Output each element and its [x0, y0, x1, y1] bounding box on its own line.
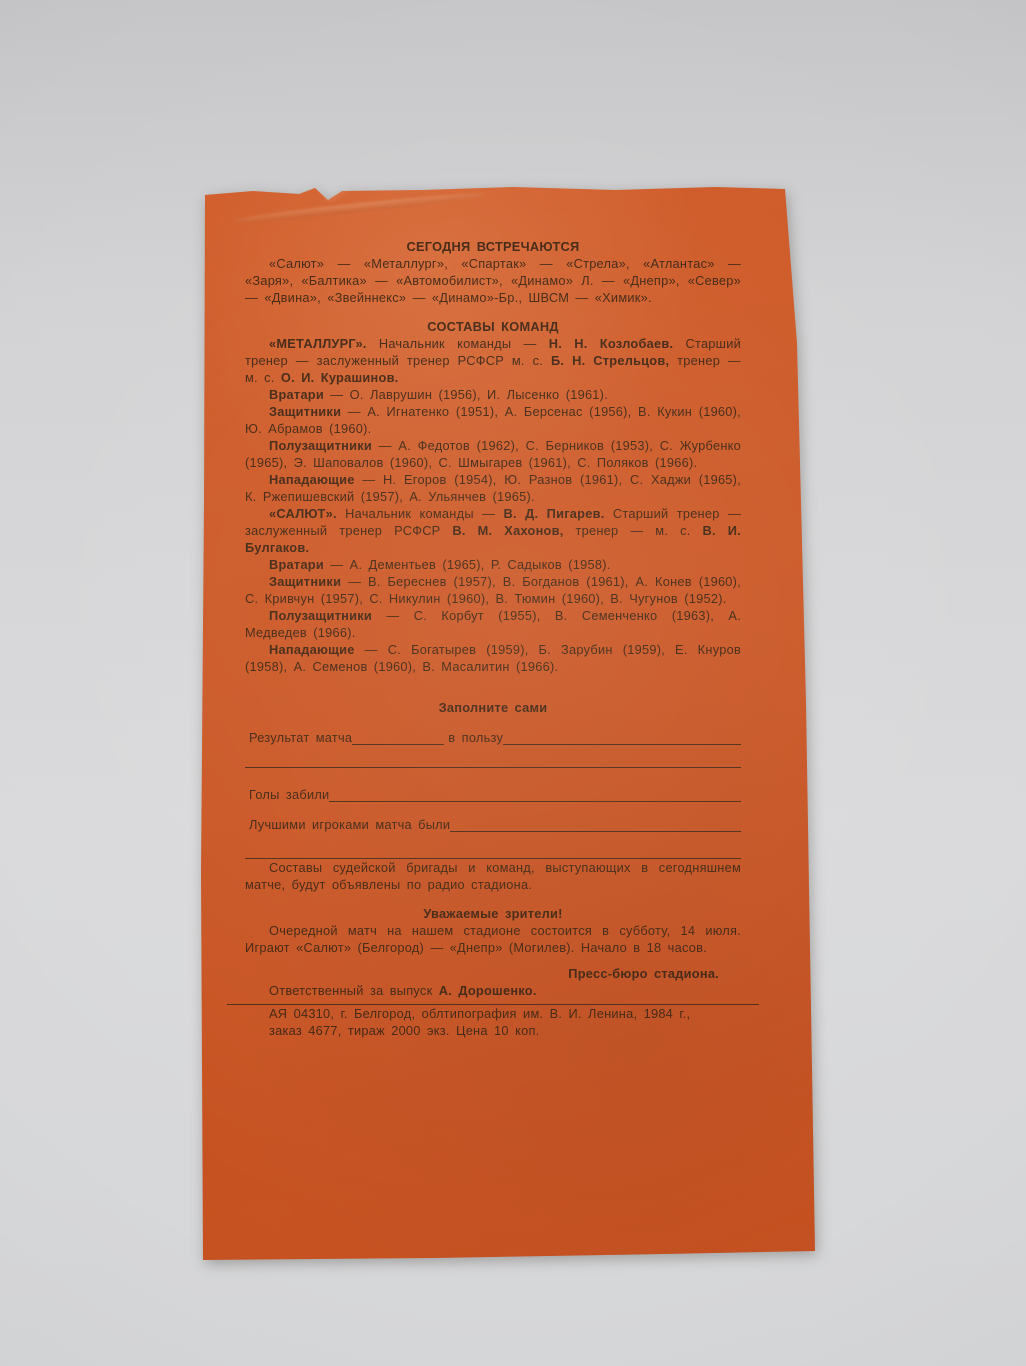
- metallurg-forwards-line: Нападающие — Н. Егоров (1954), Ю. Разнов…: [245, 471, 741, 505]
- press-bureau-signature: Пресс-бюро стадиона.: [245, 965, 741, 982]
- bold-text-segment: О. И. Курашинов.: [281, 370, 399, 385]
- imprint-line-2: заказ 4677, тираж 2000 экз. Цена 10 коп.: [245, 1022, 741, 1039]
- in-favor-label: в пользу: [444, 729, 503, 746]
- text-segment: Ответственный за выпуск: [269, 983, 439, 998]
- bold-text-segment: Нападающие: [269, 642, 355, 657]
- bold-text-segment: «МЕТАЛЛУРГ».: [269, 336, 367, 351]
- bold-text-segment: Н. Н. Козлобаев.: [549, 336, 673, 351]
- best-players-label: Лучшими игроками матча были: [245, 816, 450, 833]
- spectators-heading: Уважаемые зрители!: [245, 905, 741, 922]
- match-result-blank: [352, 731, 444, 745]
- best-players-row: Лучшими игроками матча были: [245, 816, 741, 833]
- bold-text-segment: Вратари: [269, 387, 324, 402]
- metallurg-midfielders-line: Полузащитники — А. Федотов (1962), С. Бе…: [245, 437, 741, 471]
- bold-text-segment: «САЛЮТ».: [269, 506, 337, 521]
- bold-text-segment: Б. Н. Стрельцов,: [551, 353, 669, 368]
- salyut-intro-paragraph: «САЛЮТ». Начальник команды — В. Д. Пигар…: [245, 505, 741, 556]
- rosters-heading: СОСТАВЫ КОМАНД: [245, 318, 741, 335]
- text-segment: тренер — м. с.: [564, 523, 703, 538]
- matchups-paragraph: «Салют» — «Металлург», «Спартак» — «Стре…: [245, 255, 741, 306]
- leaflet-paper: СЕГОДНЯ ВСТРЕЧАЮТСЯ «Салют» — «Металлург…: [195, 183, 825, 1267]
- salyut-midfielders-line: Полузащитники — С. Корбут (1955), В. Сем…: [245, 607, 741, 641]
- bold-text-segment: Вратари: [269, 557, 324, 572]
- imprint-line-1: АЯ 04310, г. Белгород, облтипография им.…: [245, 1005, 741, 1022]
- salyut-forwards-line: Нападающие — С. Богатырев (1959), Б. Зар…: [245, 641, 741, 675]
- best-players-blank: [450, 818, 741, 832]
- leaflet-content: СЕГОДНЯ ВСТРЕЧАЮТСЯ «Салют» — «Металлург…: [245, 183, 741, 1039]
- metallurg-goalkeepers-line: Вратари — О. Лаврушин (1956), И. Лысенко…: [245, 386, 741, 403]
- salyut-defenders-line: Защитники — В. Береснев (1957), В. Богда…: [245, 573, 741, 607]
- bold-text-segment: Защитники: [269, 404, 341, 419]
- match-result-row: Результат матча в пользу: [245, 729, 741, 746]
- photo-background: СЕГОДНЯ ВСТРЕЧАЮТСЯ «Салют» — «Металлург…: [0, 0, 1026, 1366]
- salyut-goalkeepers-line: Вратари — А. Дементьев (1965), Р. Садыко…: [245, 556, 741, 573]
- next-match-paragraph: Очередной матч на нашем стадионе состоит…: [245, 922, 741, 956]
- leaflet-paper-wrap: СЕГОДНЯ ВСТРЕЧАЮТСЯ «Салют» — «Металлург…: [195, 183, 825, 1267]
- bold-text-segment: Полузащитники: [269, 608, 372, 623]
- today-heading: СЕГОДНЯ ВСТРЕЧАЮТСЯ: [245, 238, 741, 255]
- fill-in-heading: Заполните сами: [245, 699, 741, 716]
- radio-announcement: Составы судейской бригады и команд, выст…: [245, 859, 741, 893]
- metallurg-defenders-line: Защитники — А. Игнатенко (1951), А. Берс…: [245, 403, 741, 437]
- metallurg-intro-paragraph: «МЕТАЛЛУРГ». Начальник команды — Н. Н. К…: [245, 335, 741, 386]
- blank-writing-line: [245, 767, 741, 768]
- bold-text-segment: В. Д. Пигарев.: [504, 506, 605, 521]
- bold-text-segment: А. Дорошенко.: [439, 983, 537, 998]
- bold-text-segment: Защитники: [269, 574, 341, 589]
- goals-row: Голы забили: [245, 786, 741, 803]
- in-favor-blank: [503, 731, 741, 745]
- text-segment: Начальник команды —: [367, 336, 549, 351]
- responsible-line: Ответственный за выпуск А. Дорошенко.: [245, 982, 741, 999]
- bold-text-segment: Полузащитники: [269, 438, 372, 453]
- text-segment: Начальник команды —: [337, 506, 504, 521]
- goals-blank: [329, 788, 741, 802]
- text-segment: — О. Лаврушин (1956), И. Лысенко (1961).: [324, 387, 608, 402]
- bold-text-segment: Нападающие: [269, 472, 355, 487]
- match-result-label: Результат матча: [245, 729, 352, 746]
- text-segment: — А. Дементьев (1965), Р. Садыков (1958)…: [324, 557, 611, 572]
- goals-label: Голы забили: [245, 786, 329, 803]
- bold-text-segment: В. М. Хахонов,: [452, 523, 563, 538]
